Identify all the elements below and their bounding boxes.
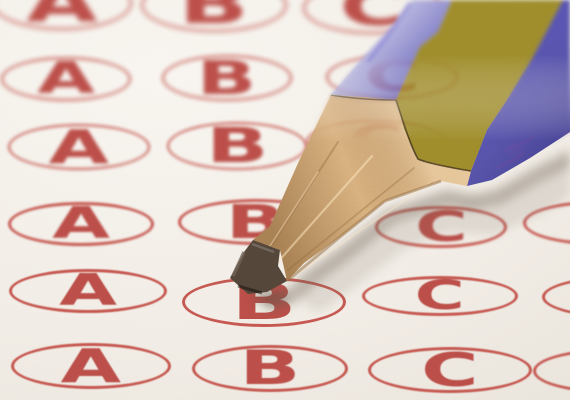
pencil-graphic <box>0 0 570 400</box>
answer-sheet-photo: ABCABCABCABCABCABC <box>0 0 570 400</box>
pencil <box>0 0 570 400</box>
